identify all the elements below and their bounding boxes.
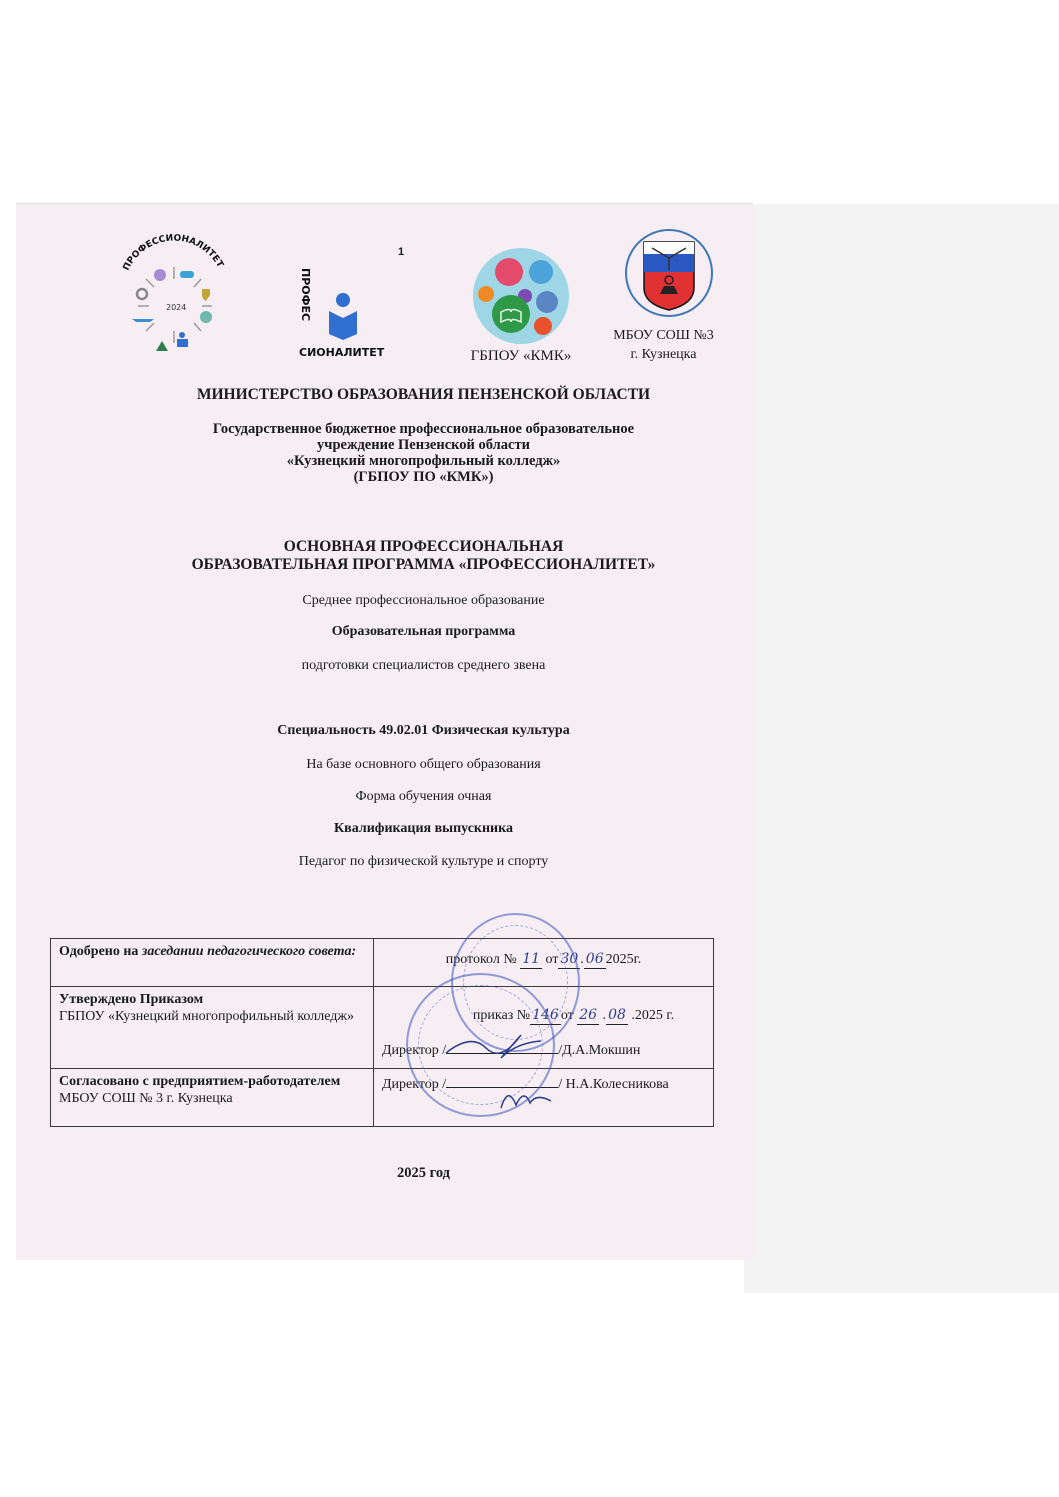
institution-line-4: (ГБПОУ ПО «КМК») [16, 469, 831, 485]
institution-line-2: учреждение Пензенской области [16, 437, 831, 453]
protocol-number: 11 [520, 951, 542, 969]
approval-institution: ГБПОУ «Кузнецкий многопрофильный колледж… [59, 1008, 365, 1025]
order-month: 08 [606, 1007, 628, 1025]
document-year: 2025 год [16, 1165, 831, 1182]
table-row: Согласовано с предприятием-работодателем… [51, 1069, 714, 1127]
employer-signature-line: Директор // Н.А.Колесникова [382, 1073, 705, 1093]
approval-employer-name: МБОУ СОШ № 3 г. Кузнецка [59, 1090, 365, 1107]
ministry-heading: МИНИСТЕРСТВО ОБРАЗОВАНИЯ ПЕНЗЕНСКОЙ ОБЛА… [16, 386, 831, 404]
approval-order: Утверждено Приказом ГБПОУ «Кузнецкий мно… [51, 987, 374, 1069]
employer-signature-cell: Директор // Н.А.Колесникова [374, 1069, 714, 1127]
svg-text:ПРОФЕССИОНАЛИТЕТ: ПРОФЕССИОНАЛИТЕТ [122, 233, 226, 272]
specialty: Специальность 49.02.01 Физическая культу… [16, 723, 831, 739]
protocol-cell: протокол № 11 от30.062025г. [374, 939, 714, 987]
approval-employer: Согласовано с предприятием-работодателем… [51, 1069, 374, 1127]
signature-field [446, 1039, 558, 1054]
order-signature-line: Директор //Д.А.Мокшин [382, 1025, 705, 1059]
signer-role: Директор / [382, 1077, 446, 1092]
protocol-line: протокол № 11 от30.062025г. [382, 943, 705, 969]
professionalitet-reader-icon: ПРОФЕС СИОНАЛИТЕТ [299, 268, 419, 363]
protocol-from: от [546, 952, 559, 967]
approval-label: Одобрено на [59, 944, 142, 959]
school-caption-line1: МБОУ СОШ №3 [606, 326, 721, 345]
emblem-year: 2024 [166, 303, 186, 312]
approval-label: Утверждено Приказом [59, 991, 365, 1008]
order-from: от [561, 1008, 574, 1023]
order-prefix: приказ № [473, 1008, 530, 1023]
kuznetsk-coat-of-arms-icon [624, 228, 714, 318]
education-level: Среднее профессиональное образование [16, 593, 831, 609]
approval-pedagogical-council: Одобрено на заседании педагогического со… [51, 939, 374, 987]
program-type-label: Образовательная программа [16, 624, 831, 640]
school-caption: МБОУ СОШ №3 г. Кузнецка [606, 326, 721, 364]
order-number: 146 [530, 1007, 561, 1025]
page-number: 1 [398, 246, 404, 258]
table-row: Утверждено Приказом ГБПОУ «Кузнецкий мно… [51, 987, 714, 1069]
signer-name: /Д.А.Мокшин [558, 1043, 640, 1058]
approval-label: Согласовано с предприятием-работодателем [59, 1073, 365, 1090]
kmk-caption: ГБПОУ «КМК» [456, 348, 586, 365]
protocol-month: 06 [584, 951, 606, 969]
program-type-value: подготовки специалистов среднего звена [16, 658, 831, 674]
protocol-year: 2025г. [606, 952, 642, 967]
order-day: 26 [577, 1007, 599, 1025]
program-title-line-2: ОБРАЗОВАТЕЛЬНАЯ ПРОГРАММА «ПРОФЕССИОНАЛИ… [16, 556, 831, 574]
signature-field [446, 1073, 558, 1088]
signer-role: Директор / [382, 1043, 446, 1058]
emblem-arc-text: ПРОФЕССИОНАЛИТЕТ [122, 233, 226, 272]
logo-horizontal-text: СИОНАЛИТЕТ [299, 346, 385, 359]
qualification-value: Педагог по физической культуре и спорту [16, 854, 831, 870]
program-title: ОСНОВНАЯ ПРОФЕССИОНАЛЬНАЯ ОБРАЗОВАТЕЛЬНА… [16, 538, 831, 574]
school-caption-line2: г. Кузнецка [606, 345, 721, 364]
qualification-label: Квалификация выпускника [16, 821, 831, 837]
protocol-day: 30 [558, 951, 580, 969]
order-cell: приказ №146от 26 .08 .2025 г. Директор /… [374, 987, 714, 1069]
program-title-line-1: ОСНОВНАЯ ПРОФЕССИОНАЛЬНАЯ [16, 538, 831, 556]
approval-label-italic: заседании педагогического совета: [142, 944, 356, 959]
order-line: приказ №146от 26 .08 .2025 г. [382, 991, 705, 1025]
approvals-table: Одобрено на заседании педагогического со… [50, 938, 714, 1127]
institution-line-3: «Кузнецкий многопрофильный колледж» [16, 453, 831, 469]
order-year: .2025 г. [631, 1008, 674, 1023]
institution-name: Государственное бюджетное профессиональн… [16, 421, 831, 485]
kmk-college-emblem-icon [471, 246, 571, 346]
signer-name: / Н.А.Колесникова [558, 1077, 669, 1092]
professionalitet-2024-emblem-icon: ПРОФЕССИОНАЛИТЕТ 2024 [116, 233, 236, 353]
table-row: Одобрено на заседании педагогического со… [51, 939, 714, 987]
protocol-prefix: протокол № [446, 952, 517, 967]
scan-backdrop-strip [744, 1260, 1059, 1293]
logo-vertical-text: ПРОФЕС [299, 268, 312, 321]
document-page: ПРОФЕССИОНАЛИТЕТ 2024 1 ПРОФЕС СИОНАЛИТЕ… [16, 203, 753, 1260]
education-basis: На базе основного общего образования [16, 757, 831, 773]
study-form: Форма обучения очная [16, 789, 831, 805]
institution-line-1: Государственное бюджетное профессиональн… [16, 421, 831, 437]
